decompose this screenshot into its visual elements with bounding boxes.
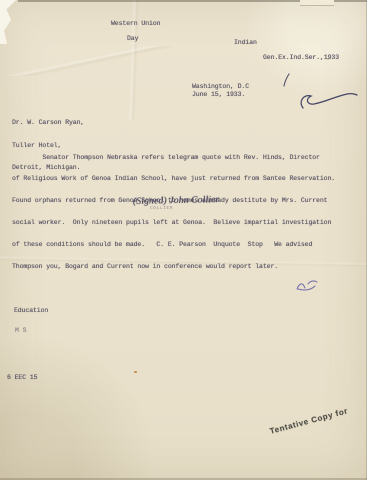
torn-corner bbox=[0, 0, 16, 44]
typed-signature-overstrike: COLLIER bbox=[150, 206, 173, 211]
body-line: of these conditions should be made. C. E… bbox=[12, 241, 335, 248]
body-line: social worker. Only nineteen pupils left… bbox=[12, 219, 335, 226]
file-reference: Gen.Ex.Ind.Ser.,1933 bbox=[263, 54, 339, 61]
file-subject: Education bbox=[14, 307, 48, 314]
pen-flourish-mark bbox=[276, 70, 360, 112]
dateline-date: June 15, 1933. bbox=[192, 91, 245, 98]
carrier-name: Western Union bbox=[111, 20, 160, 27]
typist-initials: M S bbox=[15, 327, 26, 334]
signature-stamp: (Signed) John Collier bbox=[133, 195, 220, 207]
tentative-copy-stamp: Tentative Copy for bbox=[269, 406, 349, 436]
paper-crease bbox=[0, 46, 170, 76]
paper-fold-notch bbox=[300, 0, 334, 6]
recipient-name: Dr. W. Carson Ryan, bbox=[12, 119, 84, 127]
handwritten-ink-note bbox=[294, 280, 320, 292]
subject-label: Indian bbox=[234, 39, 257, 46]
paper-crease bbox=[120, 0, 146, 120]
dateline-place: Washington, D.C bbox=[192, 83, 249, 90]
body-line: Senator Thompson Nebraska refers telegra… bbox=[12, 154, 335, 161]
body-line: of Religious Work of Genoa Indian School… bbox=[12, 175, 335, 182]
telegram-body: Senator Thompson Nebraska refers telegra… bbox=[12, 139, 335, 285]
telegram-document-scan: Western Union Day Indian Gen.Ex.Ind.Ser.… bbox=[0, 0, 367, 480]
file-code: 6 EEC 15 bbox=[7, 374, 37, 381]
service-class: Day bbox=[127, 35, 138, 42]
paper-speck bbox=[134, 371, 137, 373]
body-line: Thompson you, Bogard and Current now in … bbox=[12, 263, 335, 270]
